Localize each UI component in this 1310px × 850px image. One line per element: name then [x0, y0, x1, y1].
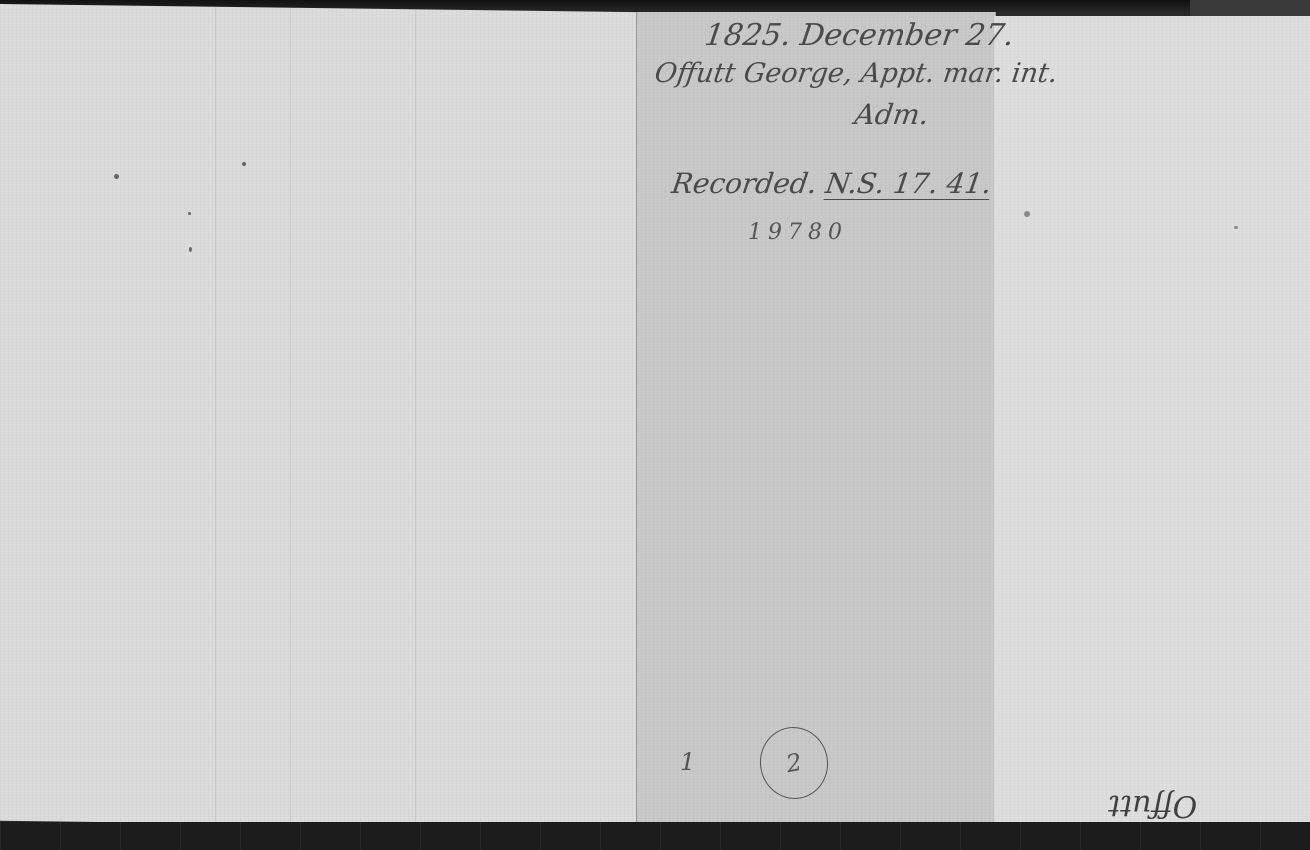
fold-line	[290, 4, 291, 829]
ink-spot	[242, 162, 246, 166]
docket-date: 1825. December 27.	[703, 18, 1017, 53]
docket-panel	[636, 12, 996, 840]
record-number: 19780	[748, 220, 848, 245]
fold-line	[415, 4, 416, 829]
docket-name: Offutt George, Appt. mar. int.	[653, 58, 1060, 89]
document-scan: 1825. December 27. Offutt George, Appt. …	[0, 0, 1310, 850]
fold-line	[215, 4, 216, 829]
recorded-label: Recorded.	[670, 167, 820, 200]
left-panel	[0, 4, 645, 829]
docket-recorded: Recorded. N.S. 17. 41.	[670, 167, 994, 200]
ink-spot	[114, 174, 119, 179]
ink-spot	[189, 247, 192, 252]
ink-spot	[1024, 211, 1030, 217]
right-panel	[994, 16, 1310, 826]
page-number: 1	[680, 748, 695, 776]
docket-action: Adm.	[853, 98, 931, 131]
recorded-reference: N.S. 17. 41.	[823, 167, 993, 200]
ink-spot	[188, 212, 191, 215]
reversed-signature: Offutt	[1108, 788, 1197, 823]
ink-spot	[1234, 226, 1238, 229]
scan-bottom-edge	[0, 822, 1310, 850]
